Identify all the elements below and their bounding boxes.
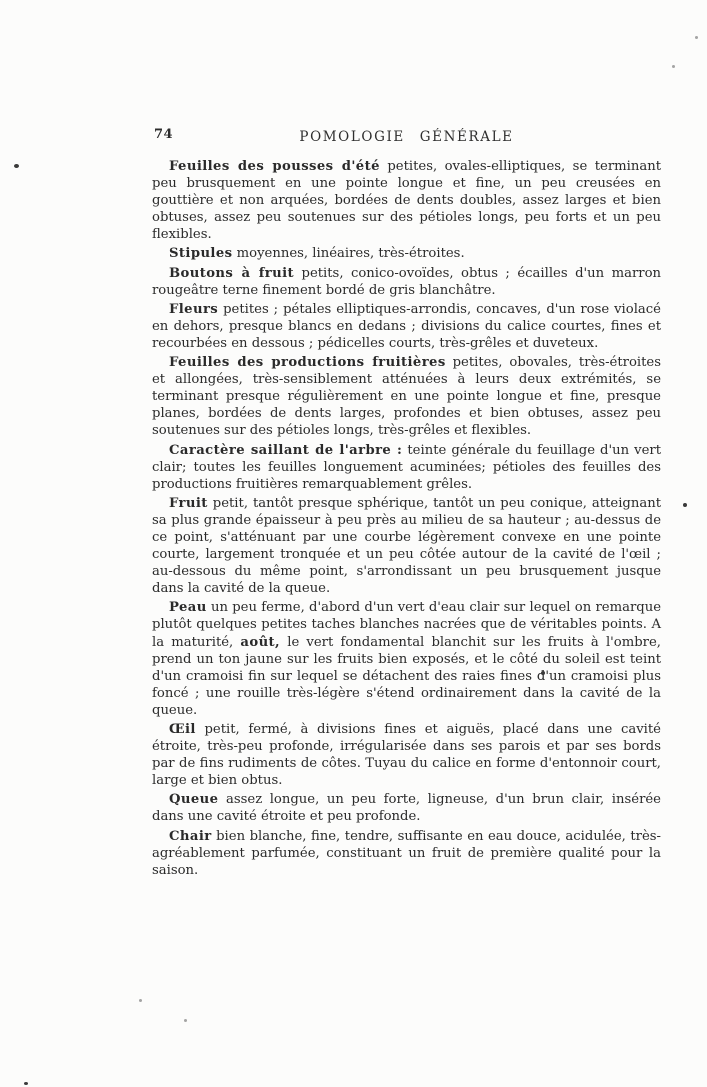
scanned-book-page: 74 POMOLOGIE GÉNÉRALE Feuilles des pouss… [0,0,707,1087]
scan-speck [695,36,698,39]
paragraph-lead: Fruit [169,496,208,511]
paragraph: Œil petit, fermé, à divisions fines et a… [152,721,661,789]
paragraph-lead: Caractère saillant de l'arbre : [169,443,402,458]
paragraph-text: petites ; pétales elliptiques-arrondis, … [152,302,661,351]
paragraph-lead: Boutons à fruit [169,266,294,281]
paragraph-lead: Feuilles des pousses d'été [169,159,380,174]
page-number: 74 [154,127,173,142]
paragraph-lead: Chair [169,829,212,844]
paragraph: Fleurs petites ; pétales elliptiques-arr… [152,301,661,352]
paragraph: Fruit petit, tantôt presque sphérique, t… [152,495,661,598]
scan-speck [672,65,675,68]
paragraph: Feuilles des productions fruitières peti… [152,354,661,439]
paragraph: Caractère saillant de l'arbre : teinte g… [152,442,661,493]
scan-speck [14,164,19,168]
paragraph-lead: Queue [169,792,218,807]
scan-speck [184,1019,187,1022]
paragraph-lead: Fleurs [169,302,218,317]
scan-speck [24,1082,28,1085]
paragraph-text: assez longue, un peu forte, ligneuse, d'… [152,792,661,824]
paragraph: Stipules moyennes, linéaires, très-étroi… [152,245,661,262]
scan-speck [683,503,687,507]
paragraph: Peau un peu ferme, d'abord d'un vert d'e… [152,599,661,719]
paragraph-lead: Peau [169,600,207,615]
body-text: Feuilles des pousses d'été petites, oval… [152,158,661,879]
paragraph-lead: Œil [169,722,196,737]
page-content: 74 POMOLOGIE GÉNÉRALE Feuilles des pouss… [152,126,661,881]
paragraph-text: petit, tantôt presque sphérique, tantôt … [152,496,661,596]
scan-speck [541,671,545,675]
paragraph-lead: Stipules [169,246,232,261]
scan-speck [139,999,142,1002]
paragraph-text: petit, fermé, à divisions fines et aiguë… [152,722,661,788]
paragraph-lead: août, [240,635,280,650]
paragraph: Chair bien blanche, fine, tendre, suffis… [152,828,661,879]
paragraph: Boutons à fruit petits, conico-ovoïdes, … [152,265,661,299]
page-title: POMOLOGIE GÉNÉRALE [299,129,513,145]
paragraph-text: moyennes, linéaires, très-étroites. [232,246,464,261]
paragraph-lead: Feuilles des productions fruitières [169,355,446,370]
paragraph: Feuilles des pousses d'été petites, oval… [152,158,661,243]
paragraph-text: bien blanche, fine, tendre, suffisante e… [152,829,661,878]
paragraph: Queue assez longue, un peu forte, ligneu… [152,791,661,825]
page-header: 74 POMOLOGIE GÉNÉRALE [152,126,661,143]
